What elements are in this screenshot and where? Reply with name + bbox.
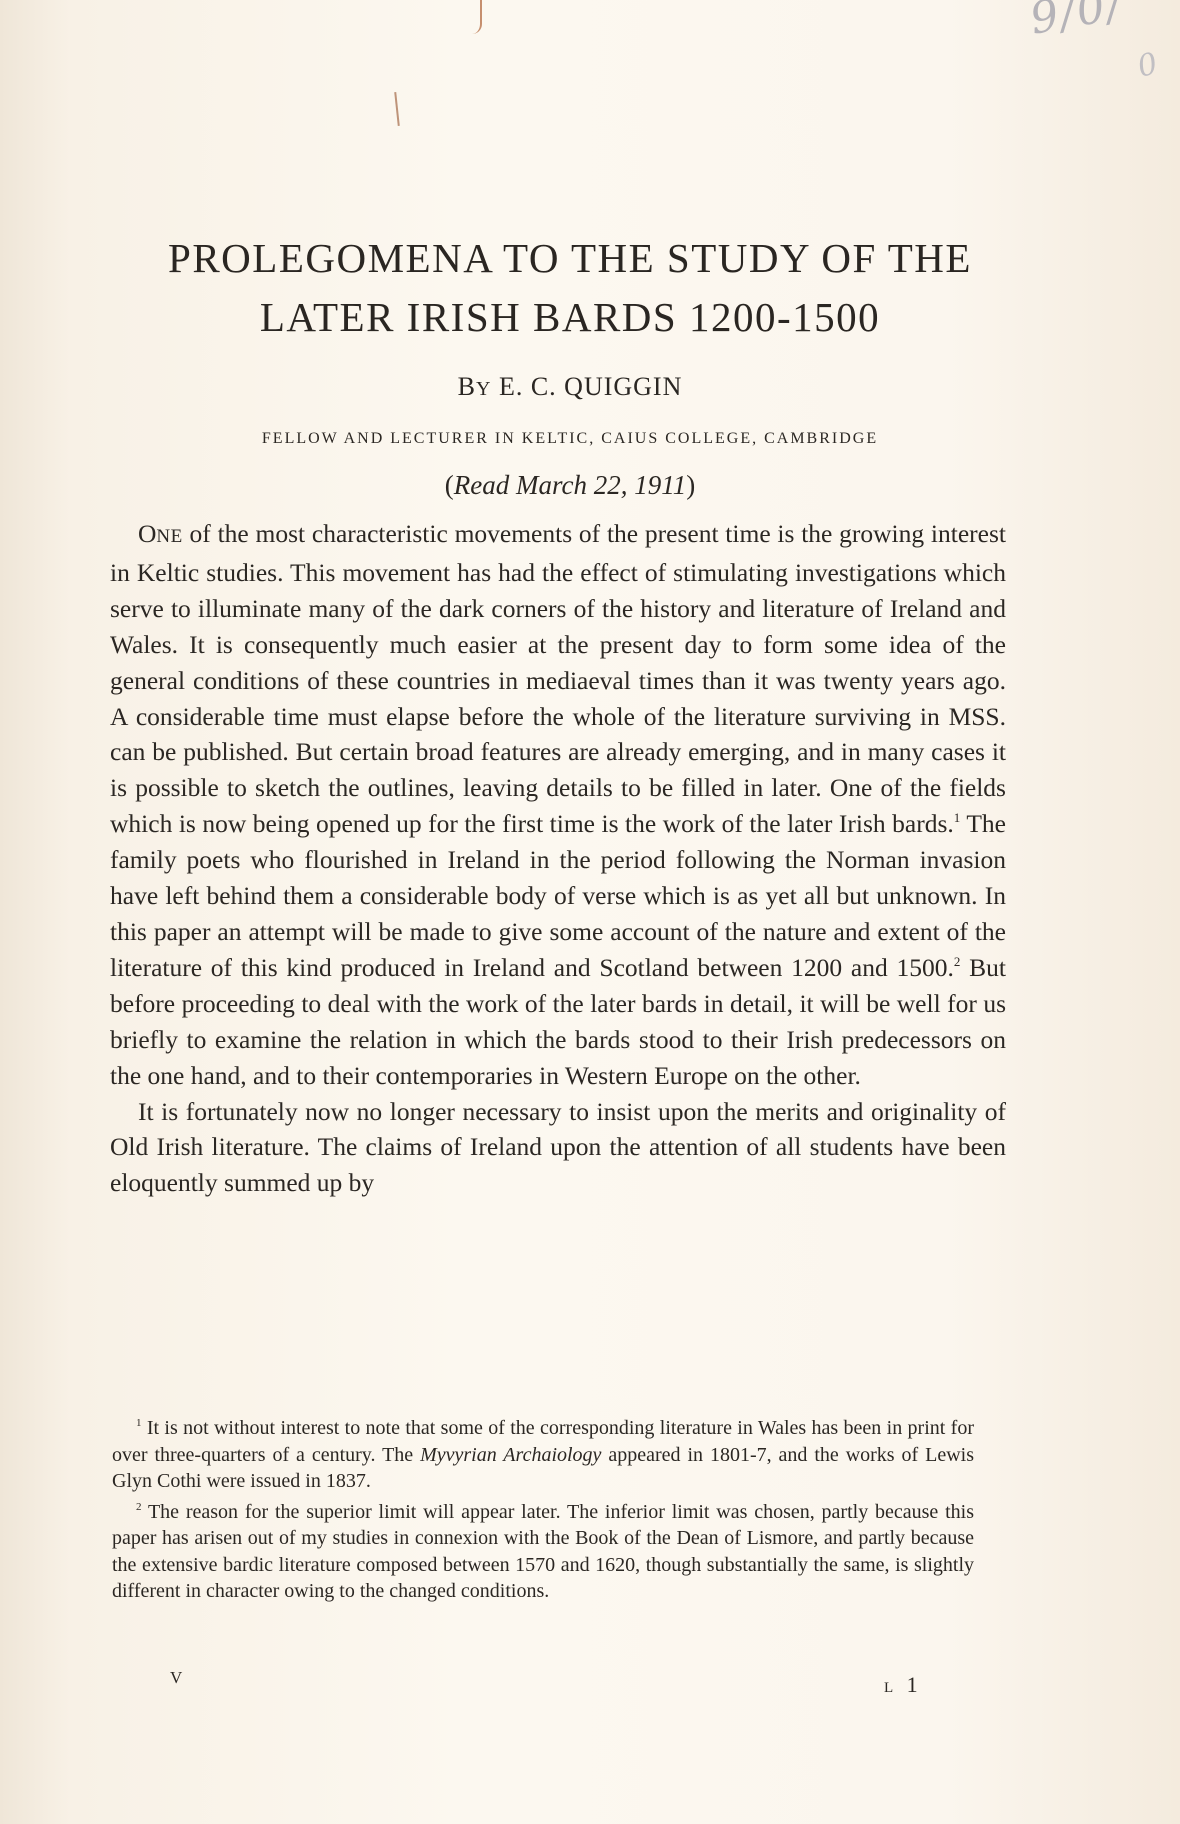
footnote-2: 2 The reason for the superior limit will… [112,1499,974,1605]
small-caps-lead: ONE [138,519,183,548]
ink-stain-mark [470,0,482,34]
byline: BY E. C. QUIGGIN [90,372,1050,402]
author-affiliation: FELLOW AND LECTURER IN KELTIC, CAIUS COL… [150,430,990,448]
italic-title: Myvyrian Archaiology [420,1444,601,1466]
body-paragraph-1: ONE of the most characteristic movements… [110,516,1006,1094]
footnote-1: 1 It is not without interest to note tha… [112,1415,974,1495]
author-name: E. C. QUIGGIN [499,372,682,401]
page-title-line-1: PROLEGOMENA TO THE STUDY OF THE [90,234,1050,282]
footnotes: 1 It is not without interest to note tha… [112,1415,974,1609]
pencil-annotation: 9/0/ [1026,0,1127,45]
body-paragraph-2: It is fortunately now no longer necessar… [110,1094,1006,1202]
main-body: ONE of the most characteristic movements… [110,516,1006,1201]
ink-stain-mark [394,92,400,126]
read-date-text: Read March 22, 1911 [454,470,686,500]
scanned-page: 9/0/ 0 PROLEGOMENA TO THE STUDY OF THE L… [0,0,1180,1824]
signature-mark-right: L 1 [884,1672,922,1698]
pencil-circle-annotation: 0 [1134,46,1161,85]
page-title-line-2: LATER IRISH BARDS 1200-1500 [90,293,1050,341]
read-date: (Read March 22, 1911) [90,470,1050,501]
signature-mark-left: V [170,1668,182,1688]
byline-prefix: BY [458,372,492,401]
